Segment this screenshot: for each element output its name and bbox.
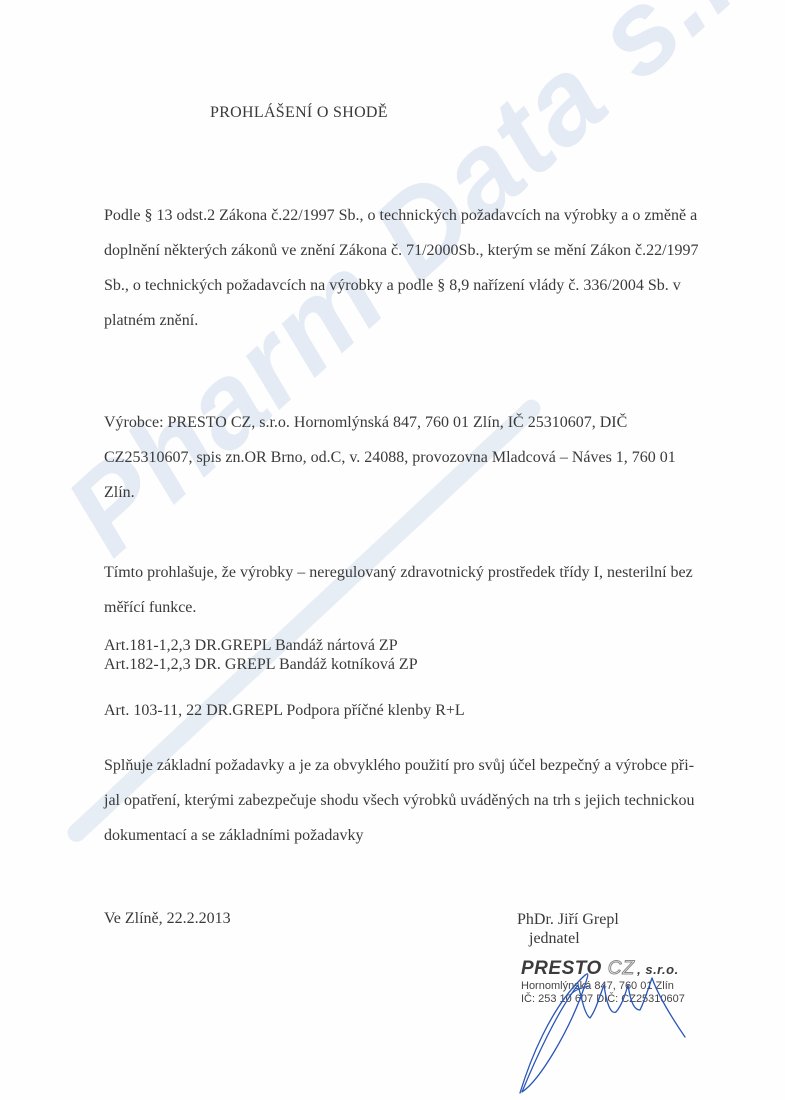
text-line: Sb., o technických požadavcích na výrobk… bbox=[104, 268, 699, 303]
stamp-address: Hornomlýnská 847, 760 01 Zlín bbox=[521, 980, 685, 993]
text-line: CZ25310607, spis zn.OR Brno, od.C, v. 24… bbox=[104, 440, 676, 475]
paragraph-manufacturer: Výrobce: PRESTO CZ, s.r.o. Hornomlýnská … bbox=[104, 405, 676, 510]
text-line: dokumentací a se základními požadavky bbox=[104, 818, 694, 853]
signatory-role: jednatel bbox=[517, 929, 619, 948]
signatory-block: PhDr. Jiří Grepl jednatel bbox=[517, 910, 619, 948]
place-and-date: Ve Zlíně, 22.2.2013 bbox=[104, 910, 231, 928]
product-article: Art.181-1,2,3 DR.GREPL Bandáž nártová ZP bbox=[104, 636, 418, 655]
paragraph-compliance: Splňuje základní požadavky a je za obvyk… bbox=[104, 748, 694, 853]
stamp-brand-cz: CZ bbox=[608, 958, 635, 979]
text-line: platném znění. bbox=[104, 303, 699, 338]
text-line: Zlín. bbox=[104, 475, 676, 510]
product-article: Art.182-1,2,3 DR. GREPL Bandáž kotníková… bbox=[104, 655, 418, 674]
signatory-name: PhDr. Jiří Grepl bbox=[517, 911, 619, 928]
text-line: Splňuje základní požadavky a je za obvyk… bbox=[104, 748, 694, 783]
stamp-brand-suffix: , s.r.o. bbox=[637, 962, 679, 977]
text-line: měřící funkce. bbox=[104, 590, 693, 625]
document-title: PROHLÁŠENÍ O SHODĚ bbox=[210, 104, 388, 122]
text-line: Podle § 13 odst.2 Zákona č.22/1997 Sb., … bbox=[104, 198, 699, 233]
paragraph-declaration: Tímto prohlašuje, že výrobky – neregulov… bbox=[104, 555, 693, 625]
product-articles-list: Art.181-1,2,3 DR.GREPL Bandáž nártová ZP… bbox=[104, 636, 418, 674]
text-line: Výrobce: PRESTO CZ, s.r.o. Hornomlýnská … bbox=[104, 405, 676, 440]
paragraph-legal-basis: Podle § 13 odst.2 Zákona č.22/1997 Sb., … bbox=[104, 198, 699, 338]
text-line: doplnění některých zákonů ve znění Zákon… bbox=[104, 233, 699, 268]
stamp-ids: IČ: 253 10 607 DIČ: CZ25310607 bbox=[521, 993, 685, 1006]
product-article-extra: Art. 103-11, 22 DR.GREPL Podpora příčné … bbox=[104, 693, 465, 728]
text-line: Tímto prohlašuje, že výrobky – neregulov… bbox=[104, 555, 693, 590]
text-line: jal opatření, kterými zabezpečuje shodu … bbox=[104, 783, 694, 818]
company-stamp: PRESTOCZ, s.r.o. Hornomlýnská 847, 760 0… bbox=[521, 958, 685, 1006]
document-page: Pharm Data s.r.o. PROHLÁŠENÍ O SHODĚ Pod… bbox=[0, 0, 785, 1100]
stamp-brand: PRESTOCZ, s.r.o. bbox=[521, 958, 685, 980]
stamp-brand-name: PRESTO bbox=[521, 958, 602, 979]
